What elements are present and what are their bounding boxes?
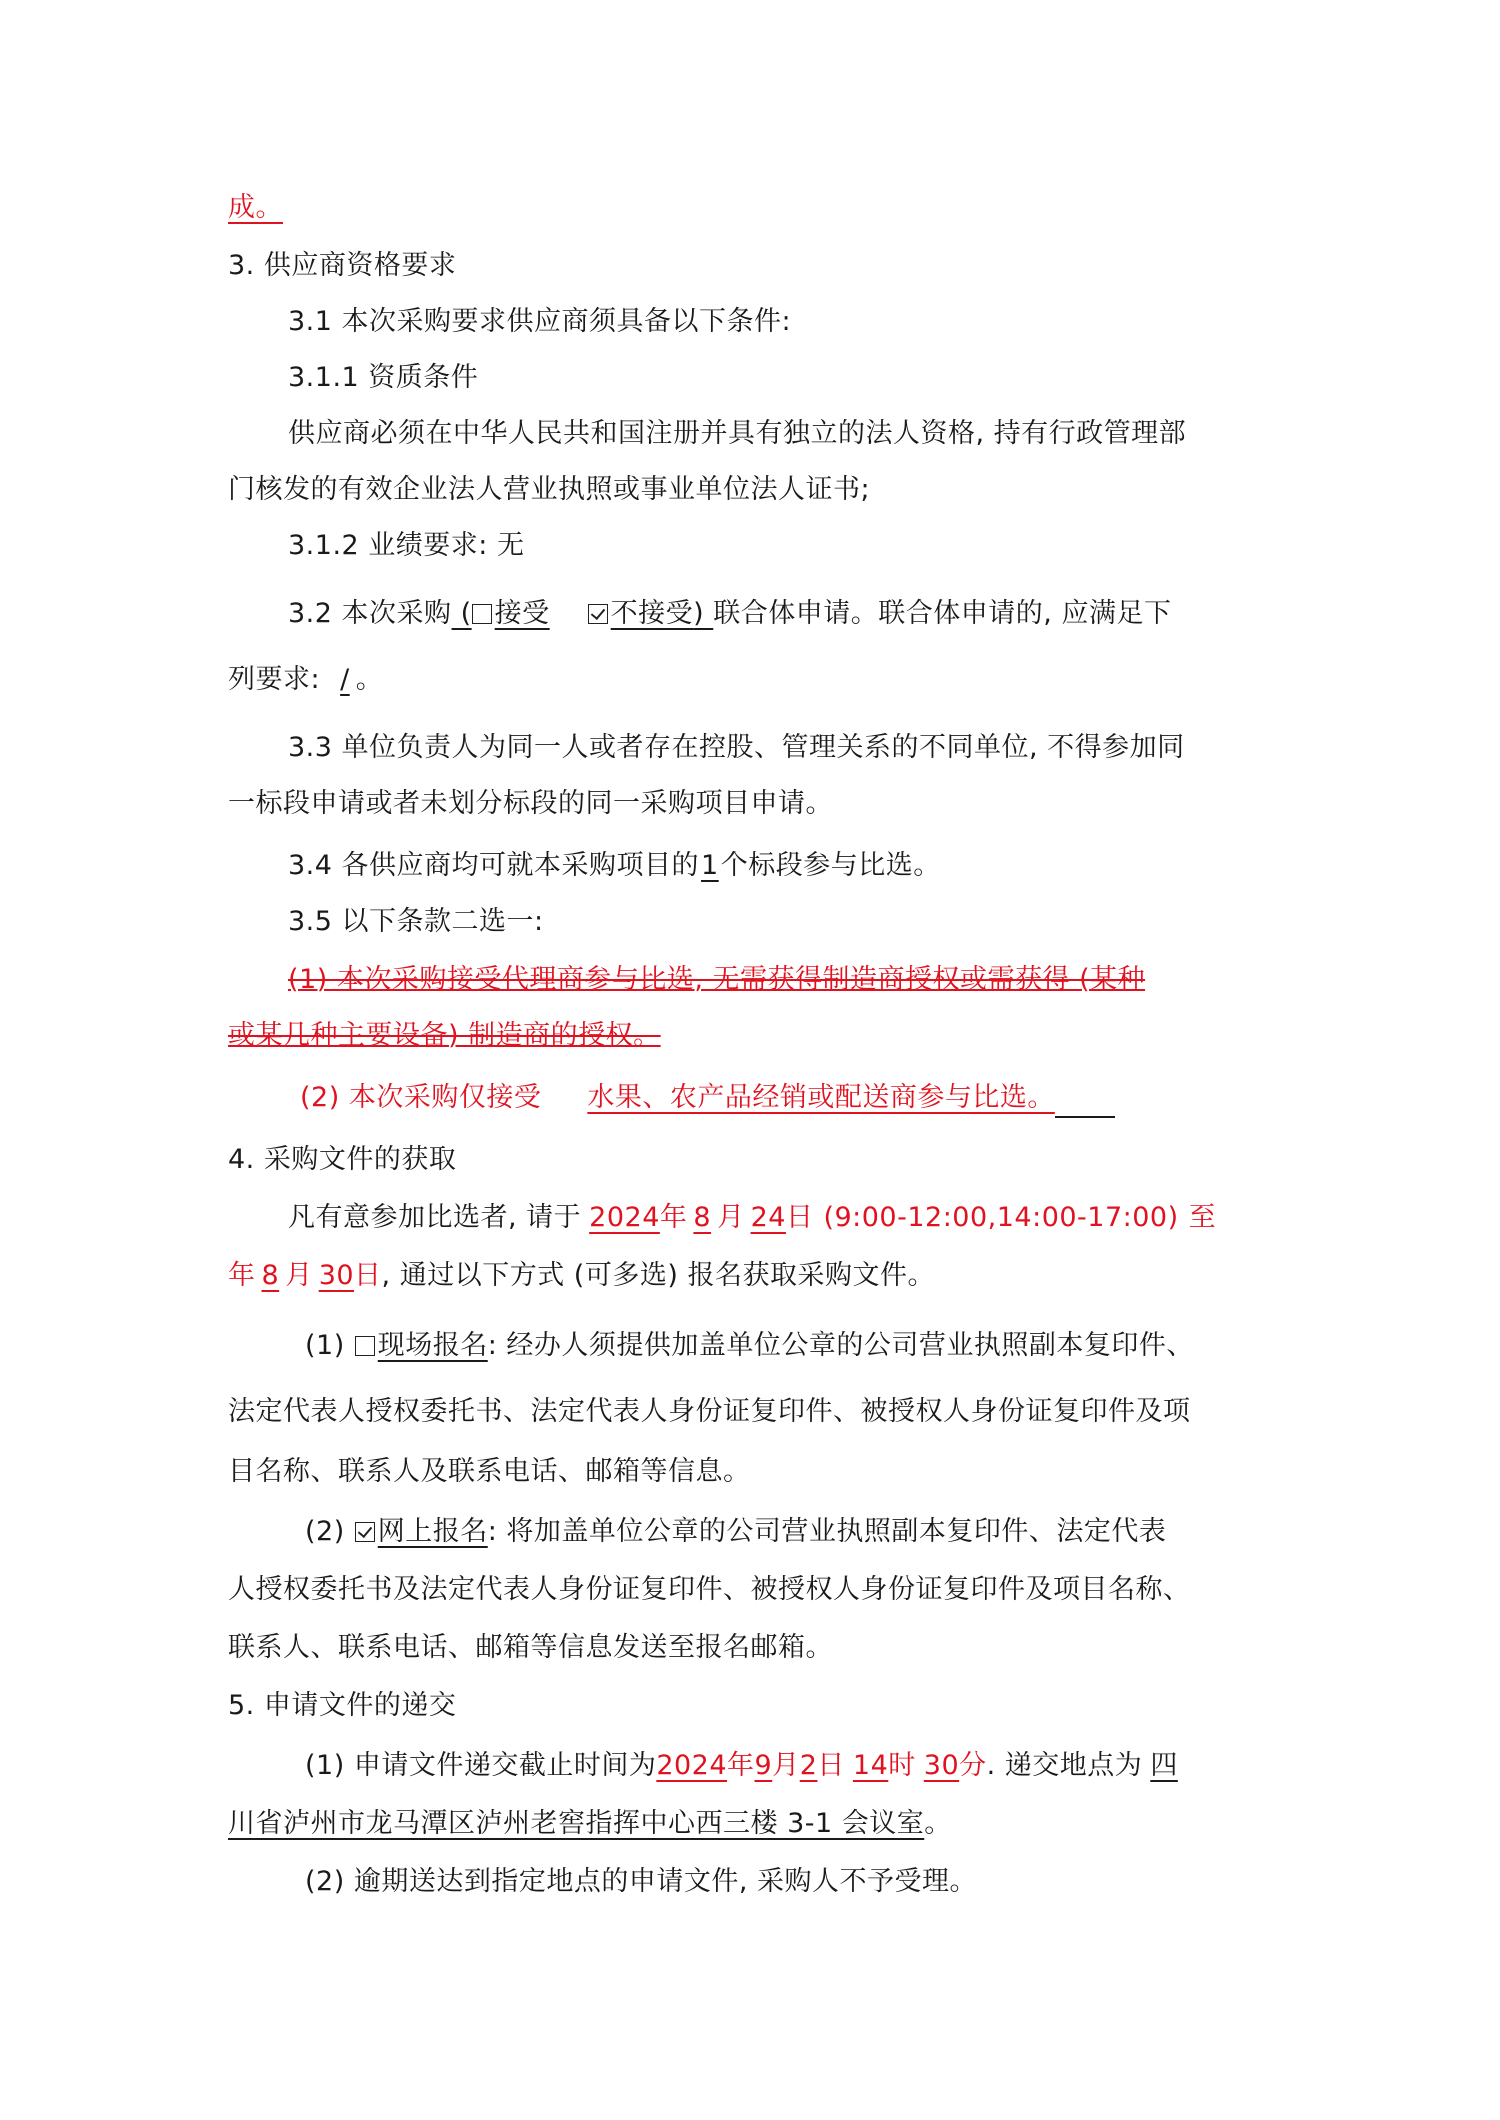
- method2-text: : 将加盖单位公章的公司营业执照副本复印件、法定代表: [488, 1516, 1167, 1547]
- end-year-label: 年: [228, 1260, 256, 1291]
- deadline-prefix: (1) 申请文件递交截止时间为: [305, 1750, 656, 1781]
- accept-checkbox[interactable]: [472, 604, 492, 624]
- month-label: 月: [772, 1750, 800, 1781]
- document-page: 成。 3. 供应商资格要求 3.1 本次采购要求供应商须具备以下条件: 3.1.…: [0, 0, 1500, 2120]
- month-label: 月: [717, 1202, 745, 1233]
- minute-label: 分: [959, 1750, 987, 1781]
- section-3-2-line1: 3.2 本次采购 (接受不接受) 联合体申请。联合体申请的, 应满足下: [288, 594, 1348, 634]
- section-3-4-prefix: 3.4 各供应商均可就本采购项目的: [288, 850, 699, 881]
- method1-text: : 经办人须提供加盖单位公章的公司营业执照副本复印件、: [488, 1330, 1194, 1361]
- method2-line3: 联系人、联系电话、邮箱等信息发送至报名邮箱。: [228, 1628, 1288, 1668]
- end-day: 30: [313, 1260, 354, 1291]
- continuation-text: 成。: [228, 188, 1288, 228]
- deleted-revision-text: (1) 本次采购接受代理商参与比选, 无需获得制造商授权或需获得 (某种: [288, 964, 1145, 995]
- start-month: 8: [687, 1202, 717, 1233]
- section-3-5-option2: (2) 本次采购仅接受水果、农产品经销或配送商参与比选。: [300, 1078, 1360, 1118]
- location-start: 四: [1142, 1750, 1178, 1781]
- deadline-year: 2024: [656, 1750, 727, 1781]
- section-3-1: 3.1 本次采购要求供应商须具备以下条件:: [288, 302, 1348, 342]
- onsite-registration-checkbox[interactable]: [355, 1336, 375, 1356]
- method1-number: (1): [305, 1330, 345, 1361]
- method2-number: (2): [305, 1516, 345, 1547]
- method1-line3: 目名称、联系人及联系电话、邮箱等信息。: [228, 1452, 1288, 1492]
- accept-label: 接受: [495, 598, 550, 629]
- end-month: 8: [256, 1260, 286, 1291]
- requirements-value: /: [334, 664, 356, 695]
- open-paren: (: [452, 598, 472, 629]
- section-3-1-2: 3.1.2 业绩要求: 无: [288, 526, 1348, 566]
- section-3-5: 3.5 以下条款二选一:: [288, 902, 1348, 942]
- method2-label-group: 网上报名: [355, 1516, 488, 1547]
- method2-line2: 人授权委托书及法定代表人身份证复印件、被授权人身份证复印件及项目名称、: [228, 1570, 1288, 1610]
- deadline-day: 2: [800, 1750, 818, 1781]
- period: 。: [356, 664, 384, 695]
- late-submission-notice: (2) 逾期送达到指定地点的申请文件, 采购人不予受理。: [305, 1862, 1365, 1902]
- hour-label: 时: [888, 1750, 916, 1781]
- section-3-2-line2: 列要求:/。: [228, 660, 1288, 700]
- method1-label-group: 现场报名: [355, 1330, 488, 1361]
- office-hours: (9:00-12:00,14:00-17:00): [823, 1202, 1178, 1233]
- section-5-heading: 5. 申请文件的递交: [228, 1686, 1288, 1726]
- section-3-2-prefix: 3.2 本次采购: [288, 598, 452, 629]
- deadline-month: 9: [755, 1750, 773, 1781]
- deadline-minute: 30: [916, 1750, 959, 1781]
- year-label: 年: [660, 1202, 688, 1233]
- section-3-2-suffix: 联合体申请。联合体申请的, 应满足下: [713, 598, 1171, 629]
- day-label: 日: [354, 1260, 382, 1291]
- intro-suffix: , 通过以下方式 (可多选) 报名获取采购文件。: [382, 1260, 935, 1291]
- section-4-intro-line2: 年8月30日, 通过以下方式 (可多选) 报名获取采购文件。: [228, 1256, 1288, 1296]
- location-label: . 递交地点为: [987, 1750, 1143, 1781]
- close-paren: ): [693, 598, 713, 629]
- method1-line1: (1)现场报名: 经办人须提供加盖单位公章的公司营业执照副本复印件、: [305, 1326, 1365, 1366]
- start-year: 2024: [581, 1202, 660, 1233]
- deadline-hour: 14: [845, 1750, 888, 1781]
- method1-line2: 法定代表人授权委托书、法定代表人身份证复印件、被授权人身份证复印件及项: [228, 1392, 1288, 1432]
- reject-checkbox[interactable]: [588, 604, 608, 624]
- option2-prefix: (2) 本次采购仅接受: [300, 1082, 541, 1113]
- section-4-intro-line1: 凡有意参加比选者, 请于2024年8月24日(9:00-12:00,14:00-…: [288, 1198, 1348, 1238]
- consortium-options: (接受不接受): [452, 598, 714, 629]
- section-3-3-line1: 3.3 单位负责人为同一人或者存在控股、管理关系的不同单位, 不得参加同: [288, 728, 1348, 768]
- section-3-5-option1-line2: 或某几种主要设备) 制造商的授权。: [228, 1016, 1288, 1056]
- requirements-label: 列要求:: [228, 664, 320, 695]
- section-3-5-option1-line1: (1) 本次采购接受代理商参与比选, 无需获得制造商授权或需获得 (某种: [288, 960, 1348, 1000]
- online-registration-label: 网上报名: [378, 1516, 488, 1547]
- accepted-supplier-text: 水果、农产品经销或配送商参与比选。: [587, 1082, 1055, 1113]
- submission-deadline-line1: (1) 申请文件递交截止时间为2024年9月2日14时30分. 递交地点为四: [305, 1746, 1365, 1786]
- deleted-revision-text: 或某几种主要设备) 制造商的授权。: [228, 1020, 661, 1051]
- month-label: 月: [285, 1260, 313, 1291]
- lot-count: 1: [699, 850, 721, 881]
- section-3-1-1-body-line2: 门核发的有效企业法人营业执照或事业单位法人证书;: [228, 470, 1288, 510]
- onsite-registration-label: 现场报名: [378, 1330, 488, 1361]
- revision-text: 成。: [228, 192, 283, 223]
- section-4-heading: 4. 采购文件的获取: [228, 1140, 1288, 1180]
- period: 。: [924, 1808, 952, 1839]
- method2-line1: (2)网上报名: 将加盖单位公章的公司营业执照副本复印件、法定代表: [305, 1512, 1365, 1552]
- year-label: 年: [727, 1750, 755, 1781]
- intro-prefix: 凡有意参加比选者, 请于: [288, 1202, 581, 1233]
- start-day: 24: [745, 1202, 786, 1233]
- to-label: 至: [1189, 1202, 1217, 1233]
- online-registration-checkbox[interactable]: [355, 1522, 375, 1542]
- section-3-4: 3.4 各供应商均可就本采购项目的1个标段参与比选。: [288, 846, 1348, 886]
- section-3-1-1-body-line1: 供应商必须在中华人民共和国注册并具有独立的法人资格, 持有行政管理部: [288, 414, 1348, 454]
- submission-deadline-line2: 川省泸州市龙马潭区泸州老窖指挥中心西三楼 3-1 会议室。: [228, 1804, 1288, 1844]
- reject-label: 不接受: [611, 598, 694, 629]
- section-3-4-suffix: 个标段参与比选。: [721, 850, 941, 881]
- day-label: 日: [817, 1750, 845, 1781]
- section-3-1-1: 3.1.1 资质条件: [288, 358, 1348, 398]
- accepted-supplier-type: 水果、农产品经销或配送商参与比选。: [541, 1082, 1055, 1113]
- section-3-heading: 3. 供应商资格要求: [228, 246, 1288, 286]
- section-3-3-line2: 一标段申请或者未划分标段的同一采购项目申请。: [228, 784, 1288, 824]
- blank-underline: [1055, 1084, 1115, 1118]
- submission-location: 川省泸州市龙马潭区泸州老窖指挥中心西三楼 3-1 会议室: [228, 1808, 924, 1839]
- day-label: 日: [786, 1202, 814, 1233]
